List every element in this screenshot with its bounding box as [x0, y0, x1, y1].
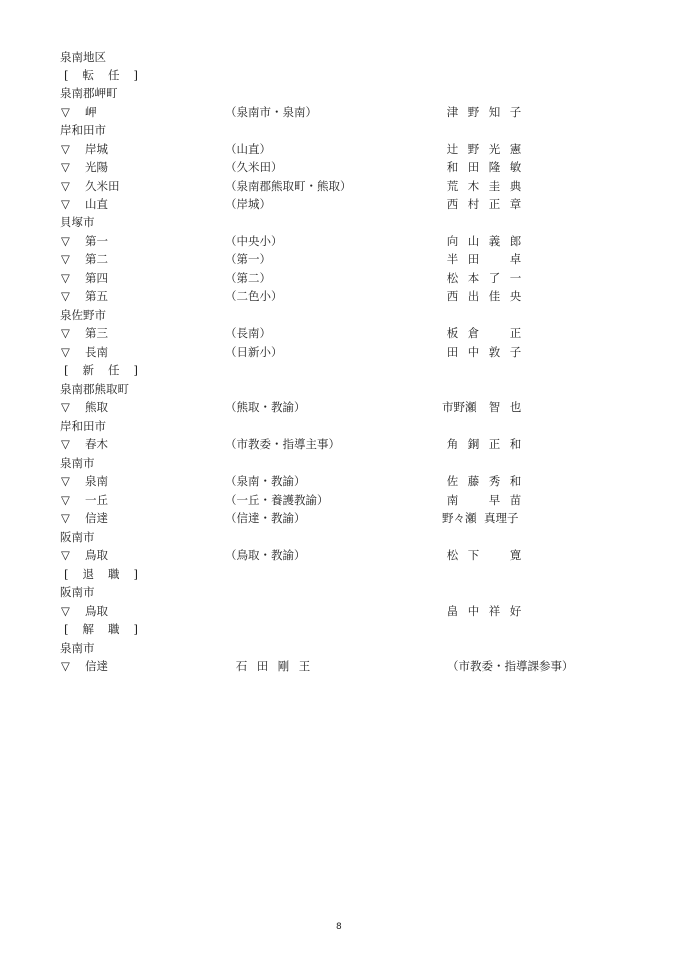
- list-item: ▽ 久米田 （泉南郡熊取町・熊取） 荒木圭典: [0, 177, 680, 195]
- list-item: ▽ 一丘 （一丘・養護教諭） 南早苗: [0, 491, 680, 509]
- triangle-marker-icon: ▽: [61, 287, 70, 305]
- list-item: ▽ 鳥取 （鳥取・教諭） 松下寛: [0, 546, 680, 564]
- person-name: 畠中祥好: [442, 602, 526, 620]
- list-item: ▽ 第三 （長南） 板倉正: [0, 324, 680, 342]
- triangle-marker-icon: ▽: [61, 602, 70, 620]
- person-name: 松本了一: [442, 269, 526, 287]
- person-name: 西村正章: [442, 195, 526, 213]
- triangle-marker-icon: ▽: [61, 546, 70, 564]
- document-page: 泉南地区 [転任] 泉南郡岬町 ▽ 岬 （泉南市・泉南） 津野知子 岸和田市 ▽…: [0, 0, 680, 961]
- person-name: 辻野光憲: [442, 140, 526, 158]
- person-name: 田中敦子: [442, 343, 526, 361]
- area-heading: 阪南市: [0, 528, 680, 546]
- area-heading: 阪南市: [0, 583, 680, 601]
- area-heading: 岸和田市: [0, 121, 680, 139]
- list-item: ▽ 第一 （中央小） 向山義郎: [0, 232, 680, 250]
- section-heading-retirement: [退職]: [0, 565, 680, 583]
- section-title: [転任]: [64, 66, 138, 84]
- triangle-marker-icon: ▽: [61, 195, 70, 213]
- person-name: 板倉正: [442, 324, 526, 342]
- triangle-marker-icon: ▽: [61, 158, 70, 176]
- area-heading: 泉佐野市: [0, 306, 680, 324]
- region-title: 泉南地区: [60, 48, 106, 66]
- triangle-marker-icon: ▽: [61, 509, 70, 527]
- previous-post: （市教委・指導課参事）: [447, 657, 574, 675]
- section-heading-new: [新任]: [0, 361, 680, 379]
- list-item: ▽ 山直 （岸城） 西村正章: [0, 195, 680, 213]
- person-name: 西出佳央: [442, 287, 526, 305]
- list-item: ▽ 第五 （二色小） 西出佳央: [0, 287, 680, 305]
- person-name: 向山義郎: [442, 232, 526, 250]
- triangle-marker-icon: ▽: [61, 177, 70, 195]
- person-name: 南早苗: [442, 491, 526, 509]
- region-heading: 泉南地区: [0, 48, 680, 66]
- triangle-marker-icon: ▽: [61, 343, 70, 361]
- person-name: 野々瀬真理子: [442, 509, 526, 527]
- section-title: [退職]: [64, 565, 138, 583]
- person-name: 角銅正和: [442, 435, 526, 453]
- list-item: ▽ 信達 石田剛王 （市教委・指導課参事）: [0, 657, 680, 675]
- section-title: [新任]: [64, 361, 138, 379]
- triangle-marker-icon: ▽: [61, 472, 70, 490]
- section-title: [解職]: [64, 620, 138, 638]
- list-item: ▽ 長南 （日新小） 田中敦子: [0, 343, 680, 361]
- person-name: 和田隆敏: [442, 158, 526, 176]
- person-name: 荒木圭典: [442, 177, 526, 195]
- area-heading: 貝塚市: [0, 213, 680, 231]
- area-heading: 泉南市: [0, 454, 680, 472]
- list-item: ▽ 信達 （信達・教諭） 野々瀬真理子: [0, 509, 680, 527]
- person-name: 佐藤秀和: [442, 472, 526, 490]
- list-item: ▽ 鳥取 畠中祥好: [0, 602, 680, 620]
- list-item: ▽ 第四 （第二） 松本了一: [0, 269, 680, 287]
- list-item: ▽ 泉南 （泉南・教諭） 佐藤秀和: [0, 472, 680, 490]
- area-heading: 岸和田市: [0, 417, 680, 435]
- person-name: 半田卓: [442, 250, 526, 268]
- person-name: 津野知子: [442, 103, 526, 121]
- triangle-marker-icon: ▽: [61, 103, 70, 121]
- section-heading-dismissal: [解職]: [0, 620, 680, 638]
- triangle-marker-icon: ▽: [61, 232, 70, 250]
- triangle-marker-icon: ▽: [61, 398, 70, 416]
- triangle-marker-icon: ▽: [61, 324, 70, 342]
- section-heading-transfer: [転任]: [0, 66, 680, 84]
- list-item: ▽ 熊取 （熊取・教諭） 市野瀬智也: [0, 398, 680, 416]
- person-name: 市野瀬智也: [442, 398, 526, 416]
- list-item: ▽ 岸城 （山直） 辻野光憲: [0, 140, 680, 158]
- triangle-marker-icon: ▽: [61, 435, 70, 453]
- page-number: 8: [336, 922, 342, 932]
- list-item: ▽ 岬 （泉南市・泉南） 津野知子: [0, 103, 680, 121]
- list-item: ▽ 光陽 （久米田） 和田隆敏: [0, 158, 680, 176]
- triangle-marker-icon: ▽: [61, 491, 70, 509]
- area-heading: 泉南郡熊取町: [0, 380, 680, 398]
- list-item: ▽ 第二 （第一） 半田卓: [0, 250, 680, 268]
- person-name: 石田剛王: [231, 657, 315, 675]
- person-name: 松下寛: [442, 546, 526, 564]
- area-heading: 泉南郡岬町: [0, 84, 680, 102]
- triangle-marker-icon: ▽: [61, 269, 70, 287]
- triangle-marker-icon: ▽: [61, 250, 70, 268]
- list-item: ▽ 春木 （市教委・指導主事） 角銅正和: [0, 435, 680, 453]
- triangle-marker-icon: ▽: [61, 140, 70, 158]
- triangle-marker-icon: ▽: [61, 657, 70, 675]
- area-heading: 泉南市: [0, 639, 680, 657]
